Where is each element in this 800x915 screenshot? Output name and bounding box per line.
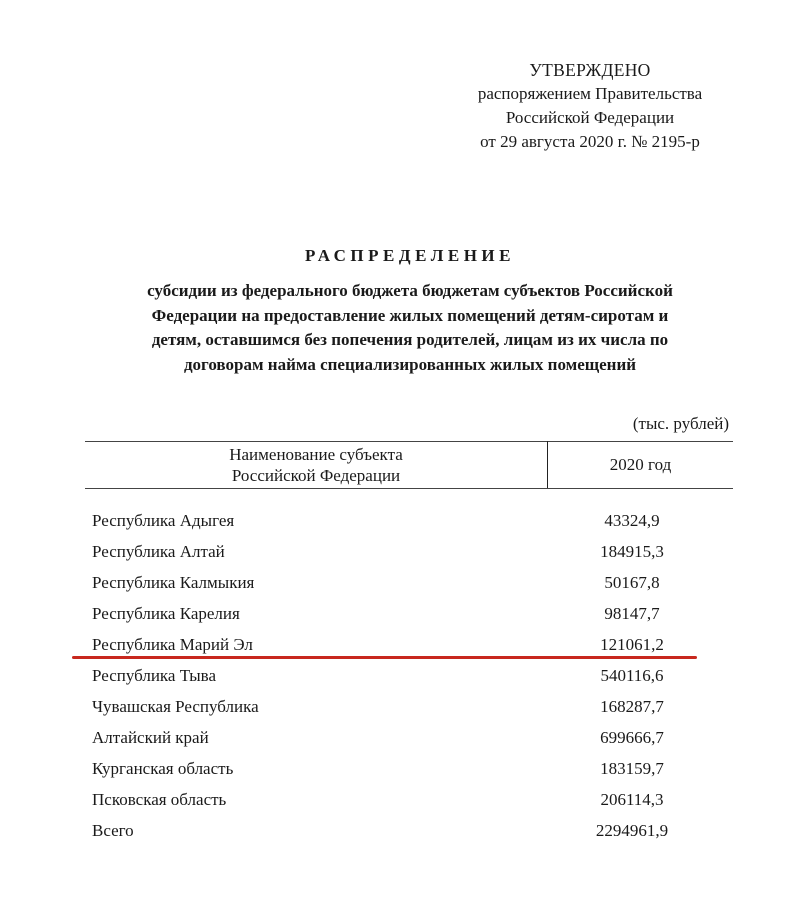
subsidy-value: 206114,3 [552,788,712,812]
region-name: Республика Адыгея [92,509,234,533]
approval-line-2: Российской Федерации [440,106,740,130]
document-subtitle: субсидии из федерального бюджета бюджета… [80,279,740,377]
subsidy-value: 121061,2 [552,633,712,657]
header-name-line-2: Российской Федерации [85,465,547,486]
subsidy-value: 699666,7 [552,726,712,750]
region-name: Республика Тыва [92,664,216,688]
approved-label: УТВЕРЖДЕНО [440,58,740,82]
table-row: Республика Карелия98147,7 [92,602,712,633]
table-row: Республика Марий Эл121061,2 [92,633,712,664]
subsidy-value: 43324,9 [552,509,712,533]
header-name-line-1: Наименование субъекта [85,444,547,465]
region-name: Республика Марий Эл [92,633,253,657]
subsidy-value: 183159,7 [552,757,712,781]
highlight-underline [72,656,697,659]
subsidy-value: 50167,8 [552,571,712,595]
region-name: Чувашская Республика [92,695,259,719]
table-row: Республика Алтай184915,3 [92,540,712,571]
subtitle-line-1: субсидии из федерального бюджета бюджета… [80,279,740,304]
table-row: Алтайский край699666,7 [92,726,712,757]
region-name: Псковская область [92,788,226,812]
table-row: Псковская область206114,3 [92,788,712,819]
region-name: Всего [92,819,134,843]
approval-line-3: от 29 августа 2020 г. № 2195-р [440,130,740,154]
table-header-top-border [85,441,733,442]
table-header-name: Наименование субъекта Российской Федерац… [85,444,547,486]
approval-line-1: распоряжением Правительства [440,82,740,106]
region-name: Республика Алтай [92,540,225,564]
table-row: Республика Калмыкия50167,8 [92,571,712,602]
subsidy-value: 2294961,9 [552,819,712,843]
subtitle-line-2: Федерации на предоставление жилых помеще… [80,304,740,329]
region-name: Курганская область [92,757,233,781]
subsidy-value: 98147,7 [552,602,712,626]
table-row: Республика Адыгея43324,9 [92,509,712,540]
subtitle-line-3: детям, оставшимся без попечения родителе… [80,328,740,353]
approval-stamp: УТВЕРЖДЕНО распоряжением Правительства Р… [440,58,740,154]
table-body: Республика Адыгея43324,9Республика Алтай… [92,509,712,850]
region-name: Республика Калмыкия [92,571,254,595]
subsidy-value: 168287,7 [552,695,712,719]
subsidy-value: 184915,3 [552,540,712,564]
subtitle-line-4: договорам найма специализированных жилых… [80,353,740,378]
units-label: (тыс. рублей) [560,414,729,434]
subsidy-value: 540116,6 [552,664,712,688]
table-row: Чувашская Республика168287,7 [92,695,712,726]
table-row: Курганская область183159,7 [92,757,712,788]
table-header-year: 2020 год [548,455,733,475]
table-header-bottom-border [85,488,733,489]
region-name: Алтайский край [92,726,209,750]
table-row: Республика Тыва540116,6 [92,664,712,695]
table-row: Всего2294961,9 [92,819,712,850]
document-title: РАСПРЕДЕЛЕНИЕ [80,246,740,266]
region-name: Республика Карелия [92,602,240,626]
